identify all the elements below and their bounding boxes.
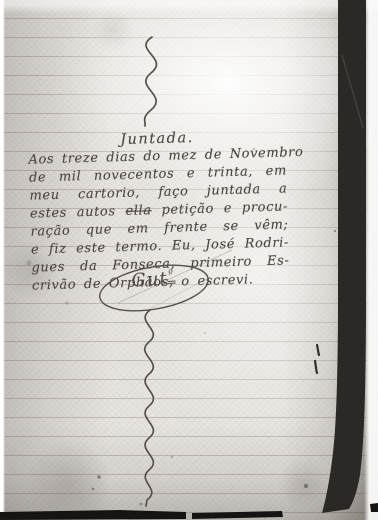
signature-superscript: º [167, 269, 176, 285]
line4-text-after: petição e procu- [161, 199, 288, 218]
struck-out-word: ella [125, 203, 152, 219]
scanned-document-page: Juntada. Aos treze dias do mez de Novemb… [0, 0, 378, 520]
line4-text-before: estes autos [30, 204, 116, 221]
signature-rubric: Gutº [94, 258, 213, 318]
signature-name: Gut [131, 268, 169, 291]
